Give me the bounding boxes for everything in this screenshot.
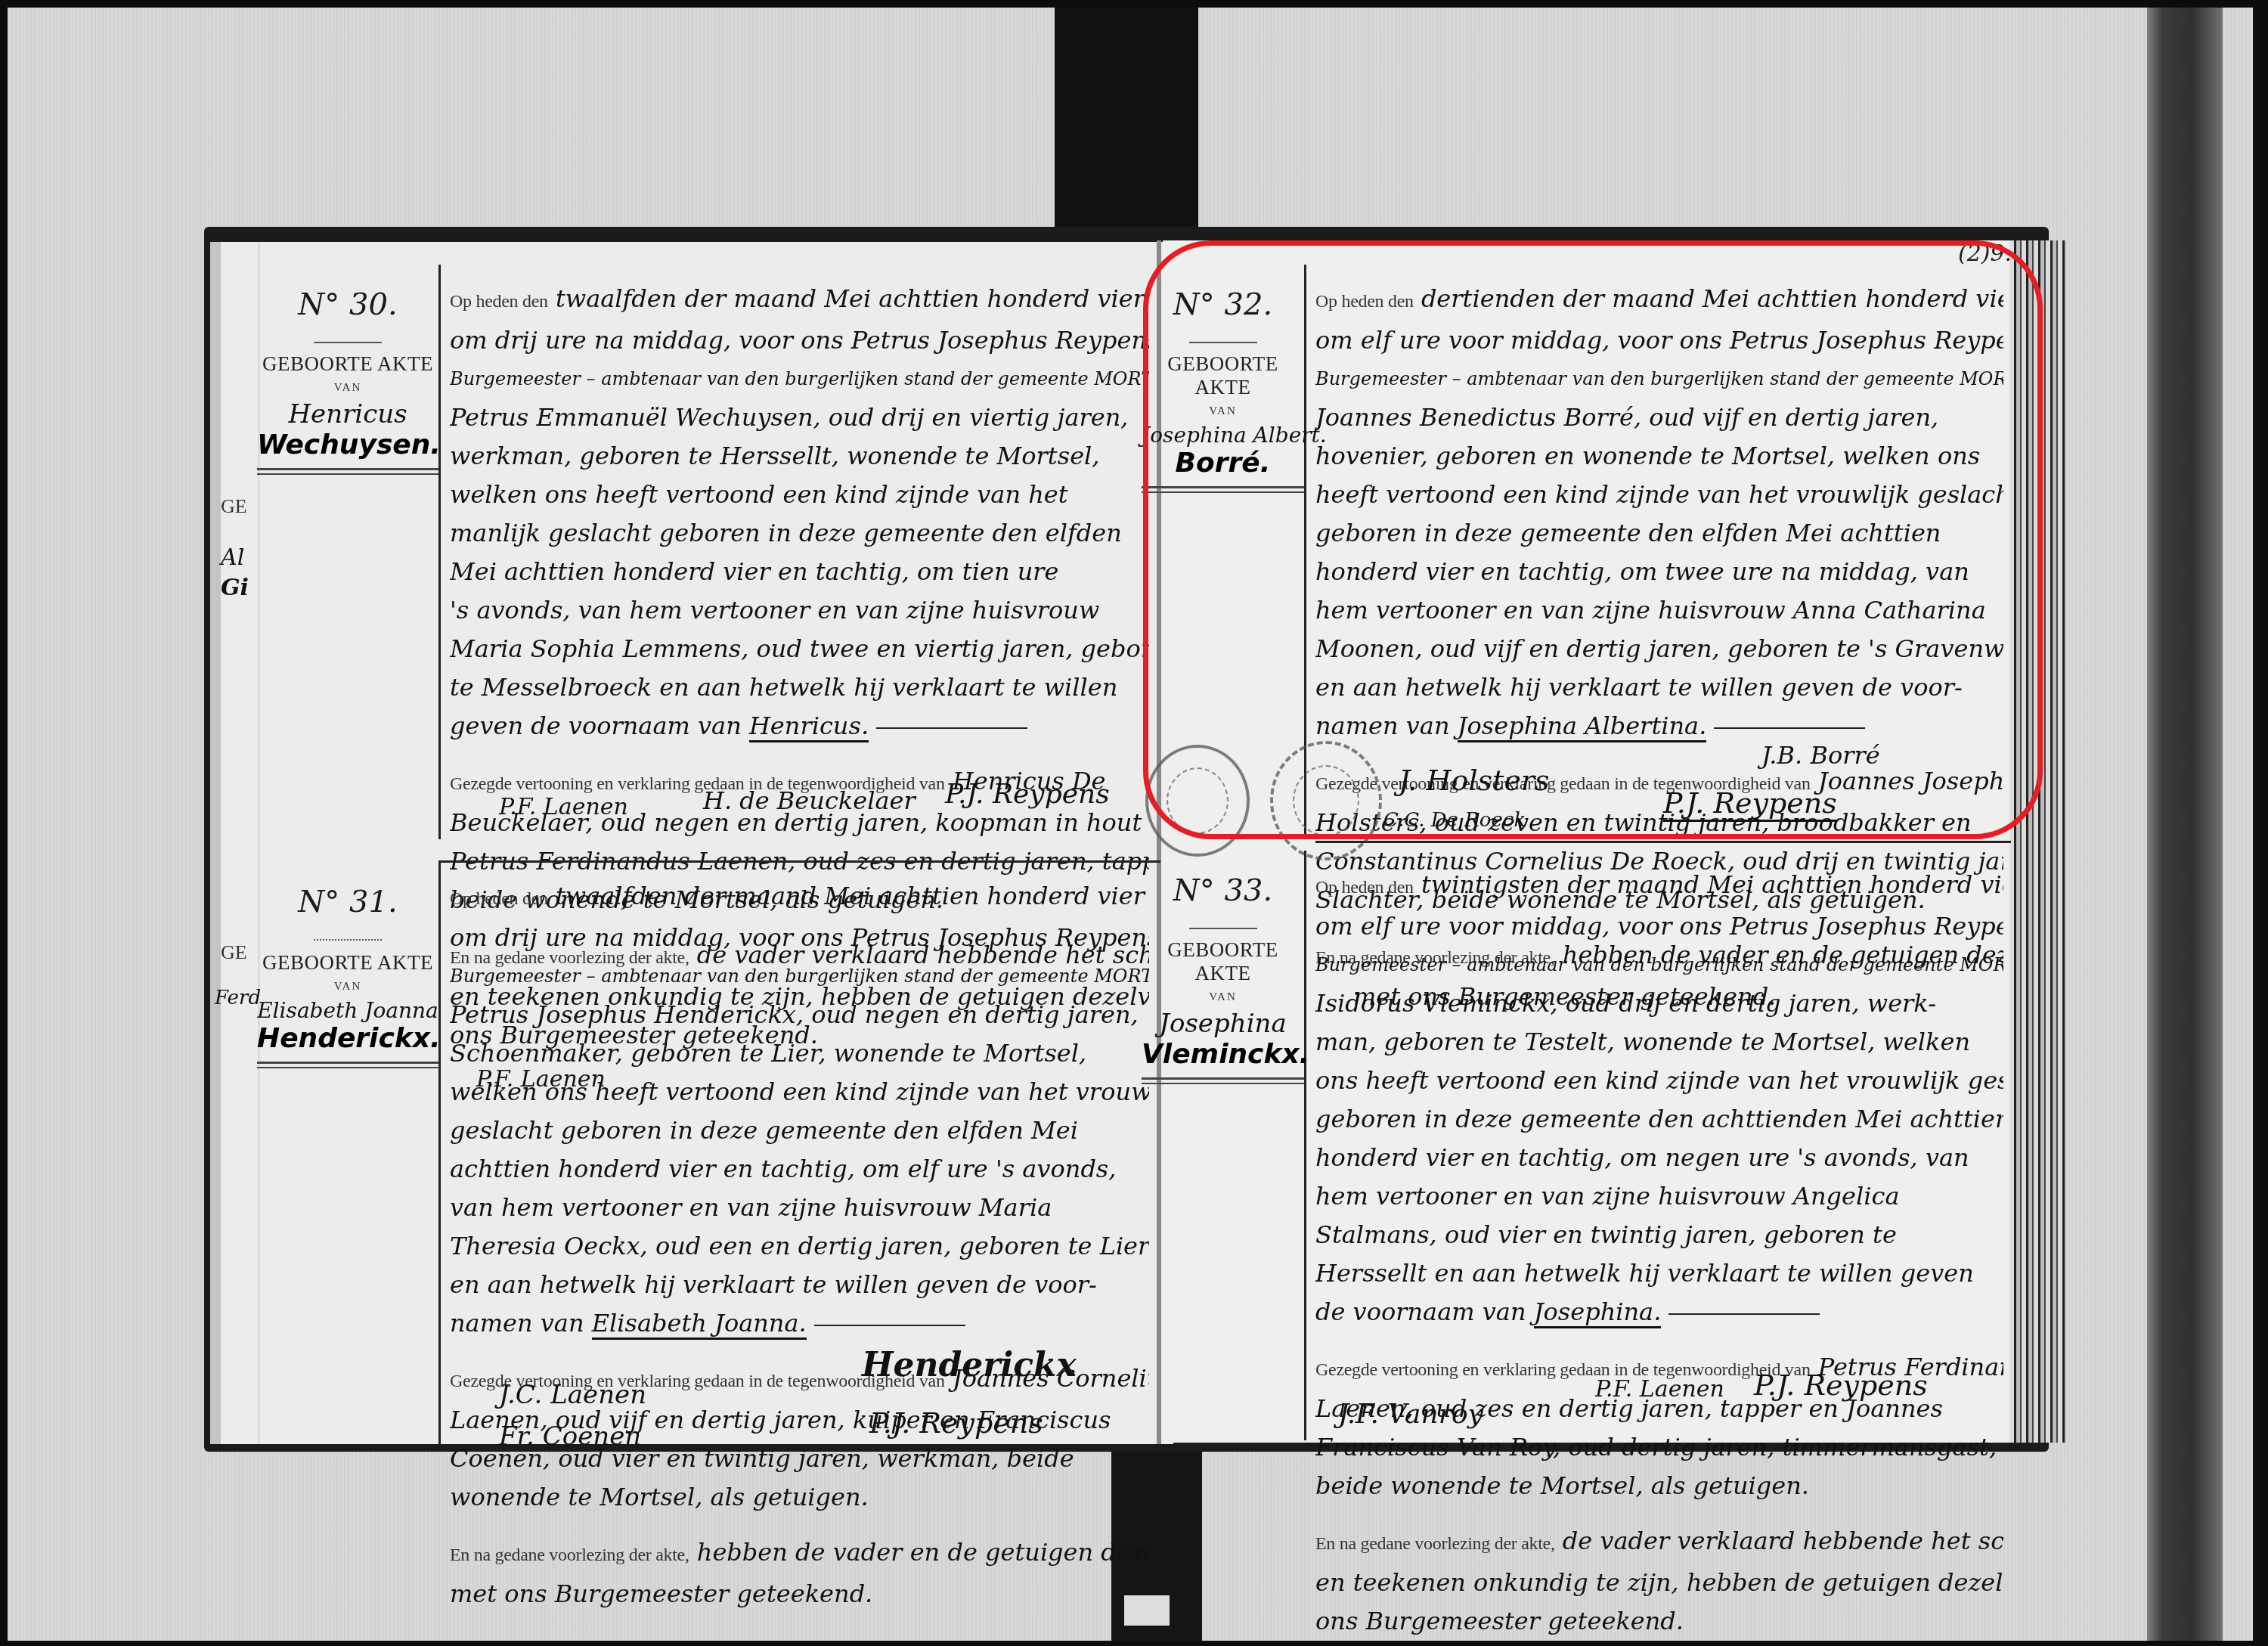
double-rule <box>1142 1077 1304 1084</box>
text-line: Petrus Emmanuël Wechuysen, oud drij en v… <box>450 398 1149 437</box>
signature: P.F. Laenen <box>499 794 628 820</box>
text-line: Maria Sophia Lemmens, oud twee en vierti… <box>450 630 1149 668</box>
double-rule <box>257 468 438 475</box>
text-line: Schoenmaker, geboren te Lier, wonende te… <box>450 1034 1149 1073</box>
witness-line: Franciscus Van Roy, oud dertig jaren, ti… <box>1315 1428 2003 1467</box>
text-line: Stalmans, oud vier en twintig jaren, geb… <box>1315 1216 2003 1254</box>
closing-line: met ons Burgemeester geteekend. <box>450 1575 1149 1613</box>
signature: Fr. Coenen <box>499 1421 641 1452</box>
text-line: Theresia Oeckx, oud een en dertig jaren,… <box>450 1227 1149 1266</box>
text-line: ons heeft vertoond een kind zijnde van h… <box>1315 1062 2003 1100</box>
closing-line: ons Burgemeester geteekend. <box>1315 1602 2003 1641</box>
divider <box>314 342 382 343</box>
divider <box>1189 928 1257 929</box>
text-line: Isidorus Vleminckx, oud drij en dertig j… <box>1315 984 2003 1023</box>
text-line: en aan hetwelk hij verklaart te willen g… <box>450 1266 1149 1304</box>
entry-divider <box>1315 841 2011 843</box>
text-line: om drij ure na middag, voor ons Petrus J… <box>450 321 1149 360</box>
witness-line: wonende te Mortsel, als getuigen. <box>450 1478 1149 1517</box>
given-name-line: de voornaam van Josephina. <box>1315 1293 2003 1331</box>
child-surname: Wechuysen. <box>257 429 438 460</box>
given-name: Henricus. <box>749 711 869 742</box>
highlight-box <box>1143 240 2043 839</box>
signature: J.C. Laenen <box>499 1380 646 1410</box>
stub-label: GE <box>221 941 247 964</box>
given-name: Josephina. <box>1534 1297 1662 1328</box>
signature: H. de Beuckelaer <box>703 786 916 815</box>
child-first-name: Elisabeth Joanna <box>257 998 438 1023</box>
birth-record-30: N° 30. GEBOORTE AKTE VAN Henricus Wechuy… <box>257 265 1157 839</box>
record-van: VAN <box>1142 991 1304 1004</box>
text-line: Burgemeester – ambtenaar van den burgerl… <box>450 360 1149 398</box>
text-line: Mei achttien honderd vier en tachtig, om… <box>450 553 1149 591</box>
text-line: manlijk geslacht geboren in deze gemeent… <box>450 514 1149 553</box>
record-number: N° 33. <box>1142 873 1304 908</box>
text-line: man, geboren te Testelt, wonende te Mort… <box>1315 1023 2003 1062</box>
record-header: N° 30. GEBOORTE AKTE VAN Henricus Wechuy… <box>257 265 441 839</box>
closing-line: En na gedane voorlezing der akte, de vad… <box>1315 1522 2003 1564</box>
given-name-line: geven de voornaam van Henricus. <box>450 707 1149 746</box>
text-line: welken ons heeft vertoond een kind zijnd… <box>450 476 1149 514</box>
double-rule <box>257 1062 438 1068</box>
scan-shadow-strip <box>2147 8 2223 1641</box>
text-line: Burgemeester – ambtenaar van den burgerl… <box>450 957 1149 996</box>
stub-label: GE <box>221 495 247 518</box>
text-line: om elf ure voor middag, voor ons Petrus … <box>1315 907 2003 946</box>
record-number: N° 30. <box>257 287 438 322</box>
child-first-name: Josephina <box>1142 1009 1304 1039</box>
text-line: honderd vier en tachtig, om negen ure 's… <box>1315 1139 2003 1177</box>
text-line: Herssellt en aan hetwelk hij verklaart t… <box>1315 1254 2003 1293</box>
record-title: GEBOORTE AKTE <box>257 352 438 376</box>
record-body: Op heden den twintigsten der maand Mei a… <box>1315 866 2003 1641</box>
closing-line: En na gedane voorlezing der akte, hebben… <box>450 1533 1149 1575</box>
signature: Henderickx <box>862 1346 1077 1384</box>
signature: P.F. Laenen <box>1595 1376 1724 1403</box>
child-first-name: Henricus <box>257 399 438 429</box>
text-line: geslacht geboren in deze gemeente den el… <box>450 1111 1149 1150</box>
birth-record-33: N° 33. GEBOORTE AKTE VAN Josephina Vlemi… <box>1142 851 2011 1440</box>
record-van: VAN <box>257 981 438 993</box>
text-line: welken ons heeft vertoond een kind zijnd… <box>450 1073 1149 1111</box>
given-name-line: namen van Elisabeth Joanna. <box>450 1304 1149 1343</box>
witness-line: beide wonende te Mortsel, als getuigen. <box>1315 1467 2003 1505</box>
record-title: GEBOORTE AKTE <box>1142 938 1304 985</box>
binding-clip-icon <box>1124 1595 1170 1626</box>
text-line: te Messelbroeck en aan hetwelk hij verkl… <box>450 668 1149 707</box>
text-line: Petrus Josephus Henderickx, oud negen en… <box>450 996 1149 1034</box>
record-van: VAN <box>257 382 438 395</box>
text-line: achttien honderd vier en tachtig, om elf… <box>450 1150 1149 1189</box>
text-line: werkman, geboren te Herssellt, wonende t… <box>450 437 1149 476</box>
child-surname: Henderickx. <box>257 1023 438 1054</box>
text-line: Burgemeester – ambtenaar van den burgerl… <box>1315 946 2003 984</box>
previous-page-stub: GE Al Gi GE Ferd <box>221 242 259 1444</box>
stub-name: Al <box>221 544 244 571</box>
text-line: 's avonds, van hem vertooner en van zijn… <box>450 591 1149 630</box>
text-line: Op heden den twaalfden der maand Mei ach… <box>450 280 1149 321</box>
record-header: N° 31. GEBOORTE AKTE VAN Elisabeth Joann… <box>257 862 441 1444</box>
child-surname: Vleminckx. <box>1142 1039 1304 1070</box>
binding-clip-top <box>1055 8 1198 227</box>
signature: J.F. Vanroy <box>1338 1399 1483 1430</box>
stub-name: Gi <box>221 575 249 601</box>
stub-name: Ferd <box>215 987 261 1009</box>
record-header: N° 33. GEBOORTE AKTE VAN Josephina Vlemi… <box>1142 851 1306 1440</box>
signature: P.J. Reypens <box>869 1406 1043 1440</box>
record-body: Op heden den twaalfden der maand Mei ach… <box>450 877 1149 1613</box>
text-line: Op heden den twaalfden der maand Mei ach… <box>450 877 1149 919</box>
record-title: GEBOORTE AKTE <box>257 951 438 975</box>
text-line: hem vertooner en van zijne huisvrouw Ang… <box>1315 1177 2003 1216</box>
signature: P.J. Reypens <box>945 779 1110 810</box>
text-line: om drij ure na middag, voor ons Petrus J… <box>450 919 1149 957</box>
signature: P.J. Reypens <box>1754 1369 1928 1402</box>
text-line: Op heden den twintigsten der maand Mei a… <box>1315 866 2003 907</box>
text-line: geboren in deze gemeente den achttienden… <box>1315 1100 2003 1139</box>
closing-line: en teekenen onkundig te zijn, hebben de … <box>1315 1564 2003 1602</box>
record-number: N° 31. <box>257 885 438 919</box>
divider <box>314 939 382 942</box>
text-line: van hem vertooner en van zijne huisvrouw… <box>450 1189 1149 1227</box>
given-name: Elisabeth Joanna. <box>592 1309 807 1340</box>
